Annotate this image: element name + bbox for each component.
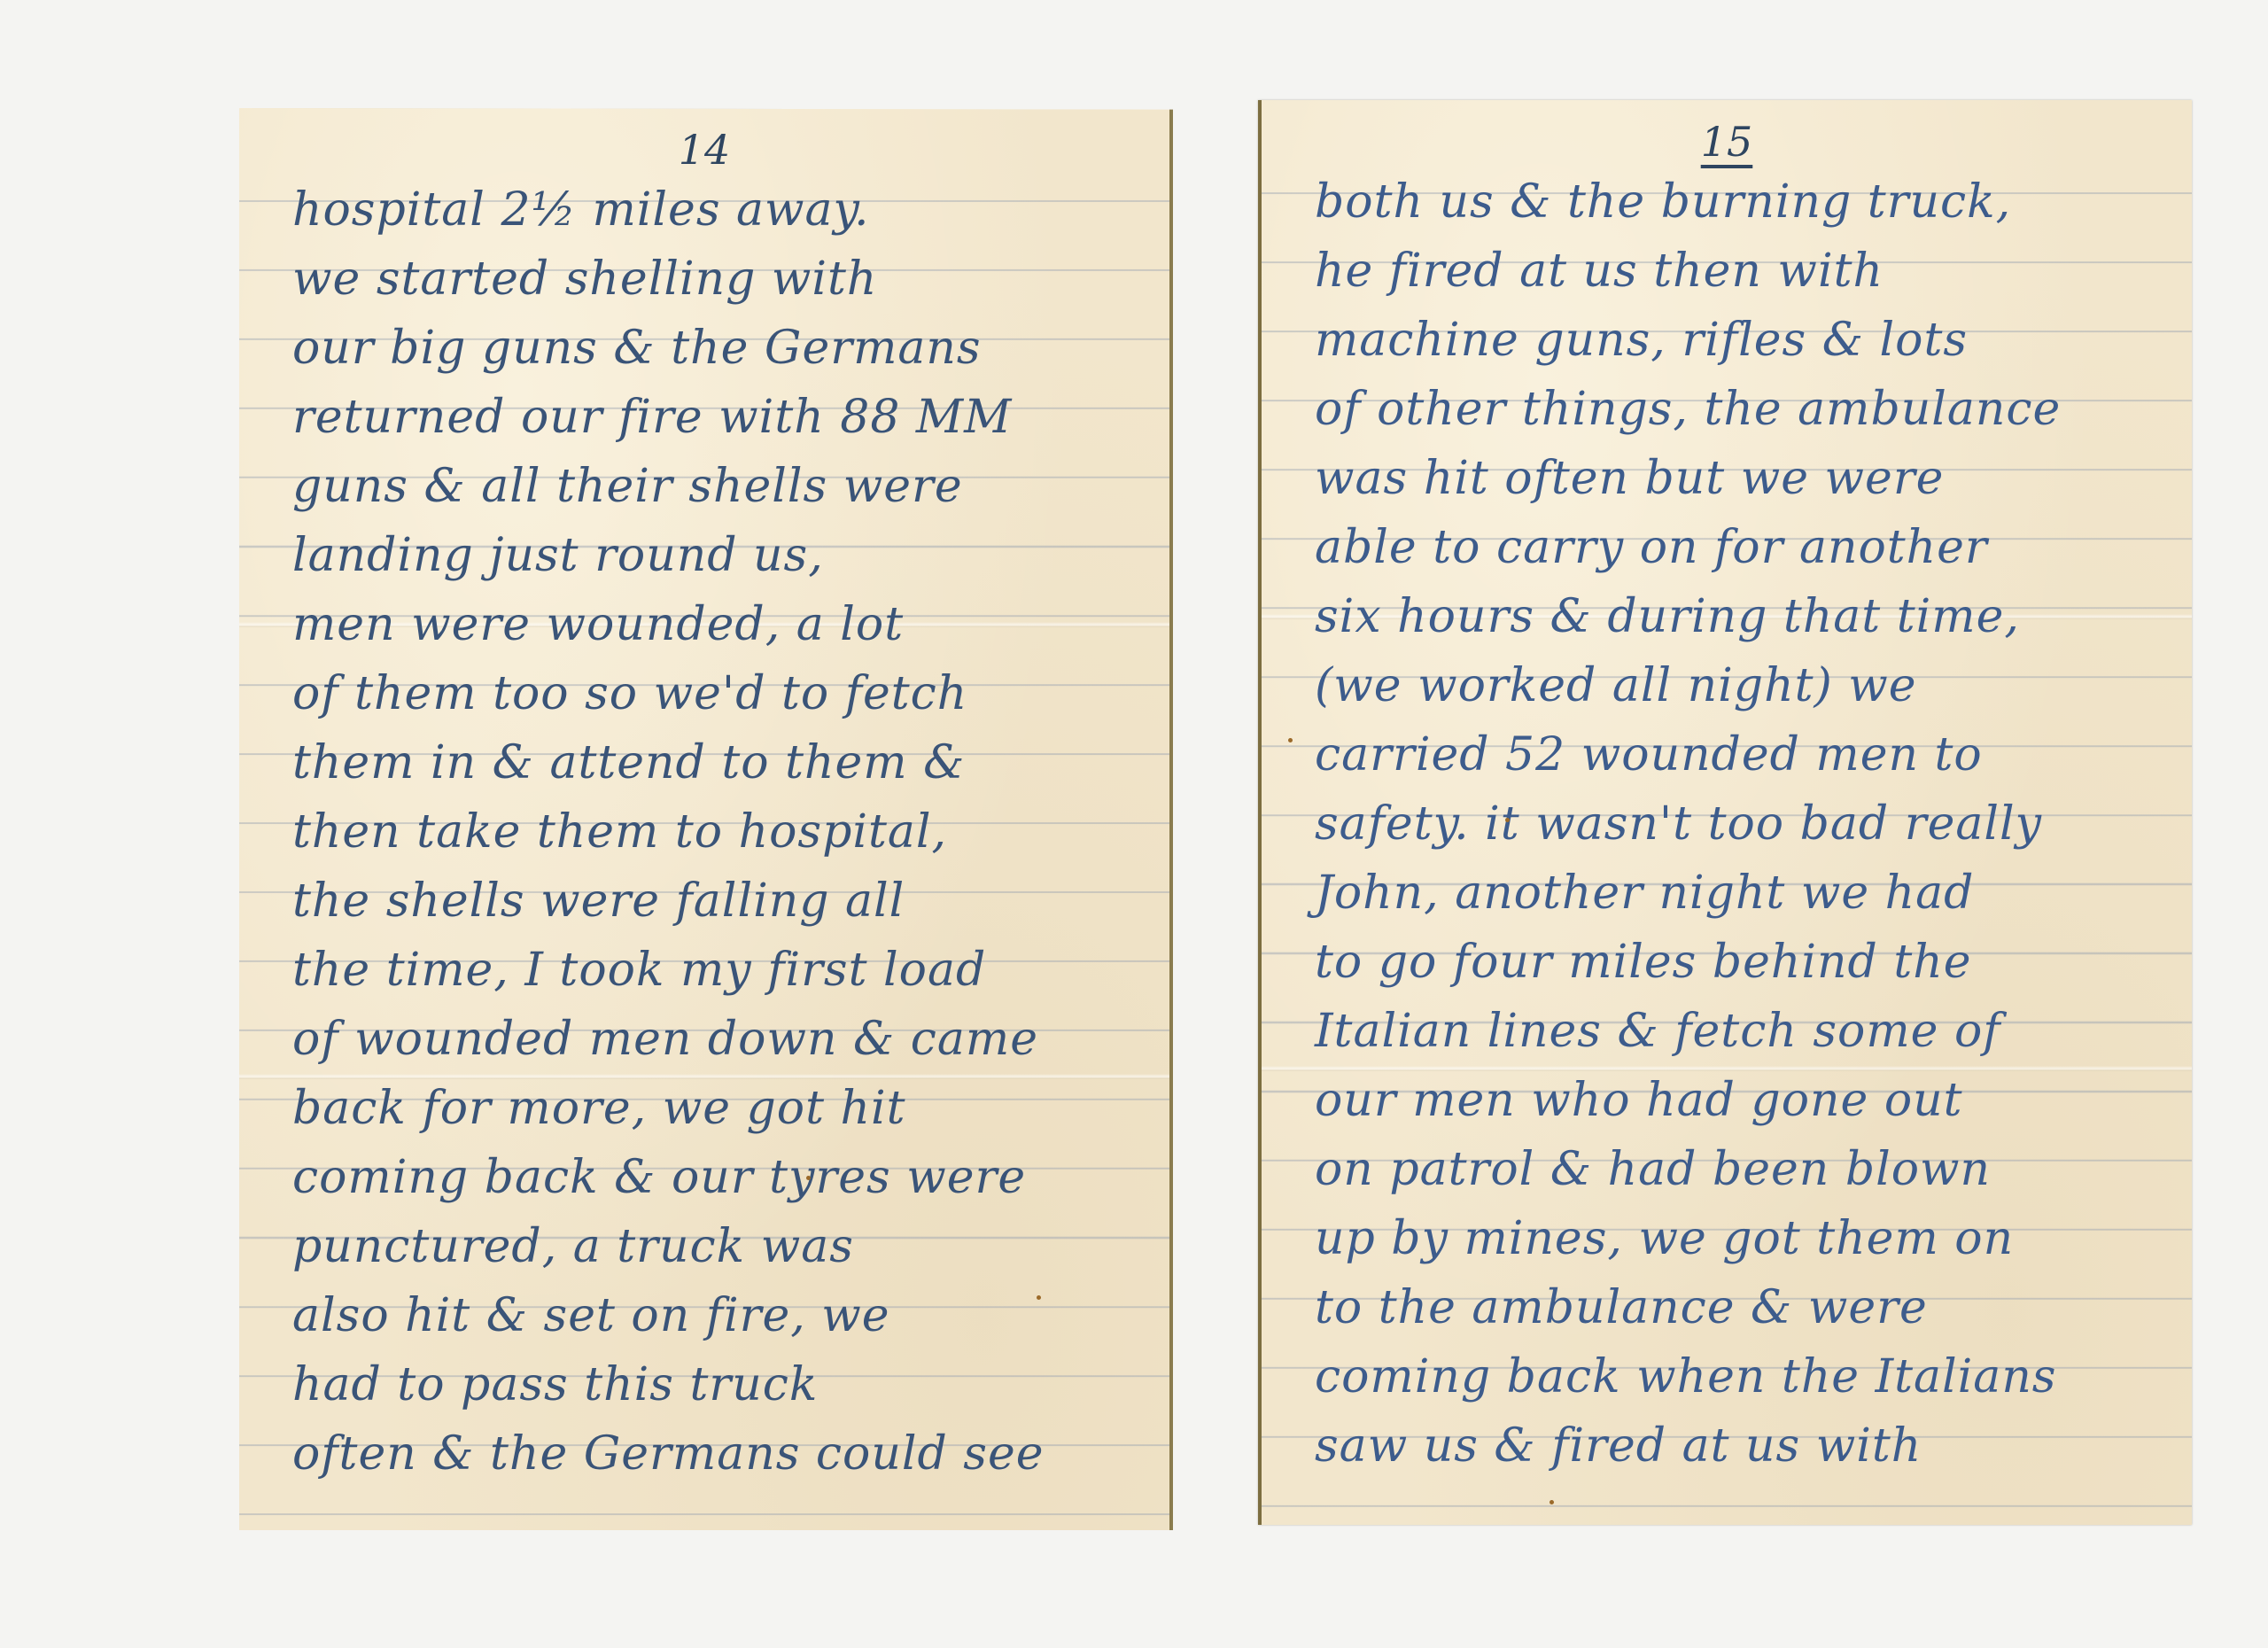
- text-line: men were wounded, a lot: [292, 590, 1134, 659]
- text-line: hospital 2½ miles away.: [292, 175, 1134, 245]
- text-line: machine guns, rifles & lots: [1315, 306, 2156, 375]
- text-line: coming back when the Italians: [1315, 1342, 2156, 1411]
- text-line: returned our fire with 88 MM: [292, 383, 1134, 452]
- text-line: up by mines, we got them on: [1315, 1204, 2156, 1273]
- text-line: to the ambulance & were: [1315, 1273, 2156, 1342]
- text-line: six hours & during that time,: [1315, 582, 2156, 651]
- page-number: 15: [1262, 118, 2192, 166]
- text-line: John, another night we had: [1315, 859, 2156, 928]
- letter-page-15: 15 both us & the burning truck, he fired…: [1258, 100, 2192, 1525]
- text-line: coming back & our tyres were: [292, 1143, 1134, 1212]
- text-line: was hit often but we were: [1315, 444, 2156, 513]
- text-line: the time, I took my first load: [292, 936, 1134, 1005]
- text-line: carried 52 wounded men to: [1315, 720, 2156, 789]
- text-line: had to pass this truck: [292, 1350, 1134, 1419]
- text-line: our big guns & the Germans: [292, 314, 1134, 383]
- text-line: the shells were falling all: [292, 867, 1134, 936]
- ink-stain: [1550, 1500, 1554, 1504]
- text-line: to go four miles behind the: [1315, 928, 2156, 997]
- text-line: Italian lines & fetch some of: [1315, 997, 2156, 1066]
- handwritten-text: both us & the burning truck, he fired at…: [1315, 167, 2156, 1481]
- text-line: of other things, the ambulance: [1315, 375, 2156, 444]
- text-line: punctured, a truck was: [292, 1212, 1134, 1281]
- text-line: (we worked all night) we: [1315, 651, 2156, 720]
- text-line: both us & the burning truck,: [1315, 167, 2156, 237]
- text-line: able to carry on for another: [1315, 513, 2156, 582]
- text-line: of wounded men down & came: [292, 1005, 1134, 1074]
- text-line: then take them to hospital,: [292, 797, 1134, 867]
- text-line: back for more, we got hit: [292, 1074, 1134, 1143]
- text-line: guns & all their shells were: [292, 452, 1134, 521]
- page-number: 14: [239, 126, 1169, 174]
- letter-page-14: 14 hospital 2½ miles away. we started sh…: [239, 108, 1173, 1530]
- text-line: safety. it wasn't too bad really: [1315, 789, 2156, 859]
- text-line: we started shelling with: [292, 245, 1134, 314]
- text-line: of them too so we'd to fetch: [292, 659, 1134, 728]
- ink-stain: [1505, 818, 1510, 822]
- ink-stain: [1037, 1295, 1041, 1300]
- ink-stain: [806, 1176, 811, 1180]
- handwritten-text: hospital 2½ miles away. we started shell…: [292, 175, 1134, 1489]
- ink-stain: [1288, 738, 1293, 742]
- text-line: them in & attend to them &: [292, 728, 1134, 797]
- text-line: often & the Germans could see: [292, 1419, 1134, 1489]
- text-line: landing just round us,: [292, 521, 1134, 590]
- text-line: also hit & set on fire, we: [292, 1281, 1134, 1350]
- text-line: saw us & fired at us with: [1315, 1411, 2156, 1481]
- text-line: he fired at us then with: [1315, 237, 2156, 306]
- text-line: our men who had gone out: [1315, 1066, 2156, 1135]
- text-line: on patrol & had been blown: [1315, 1135, 2156, 1204]
